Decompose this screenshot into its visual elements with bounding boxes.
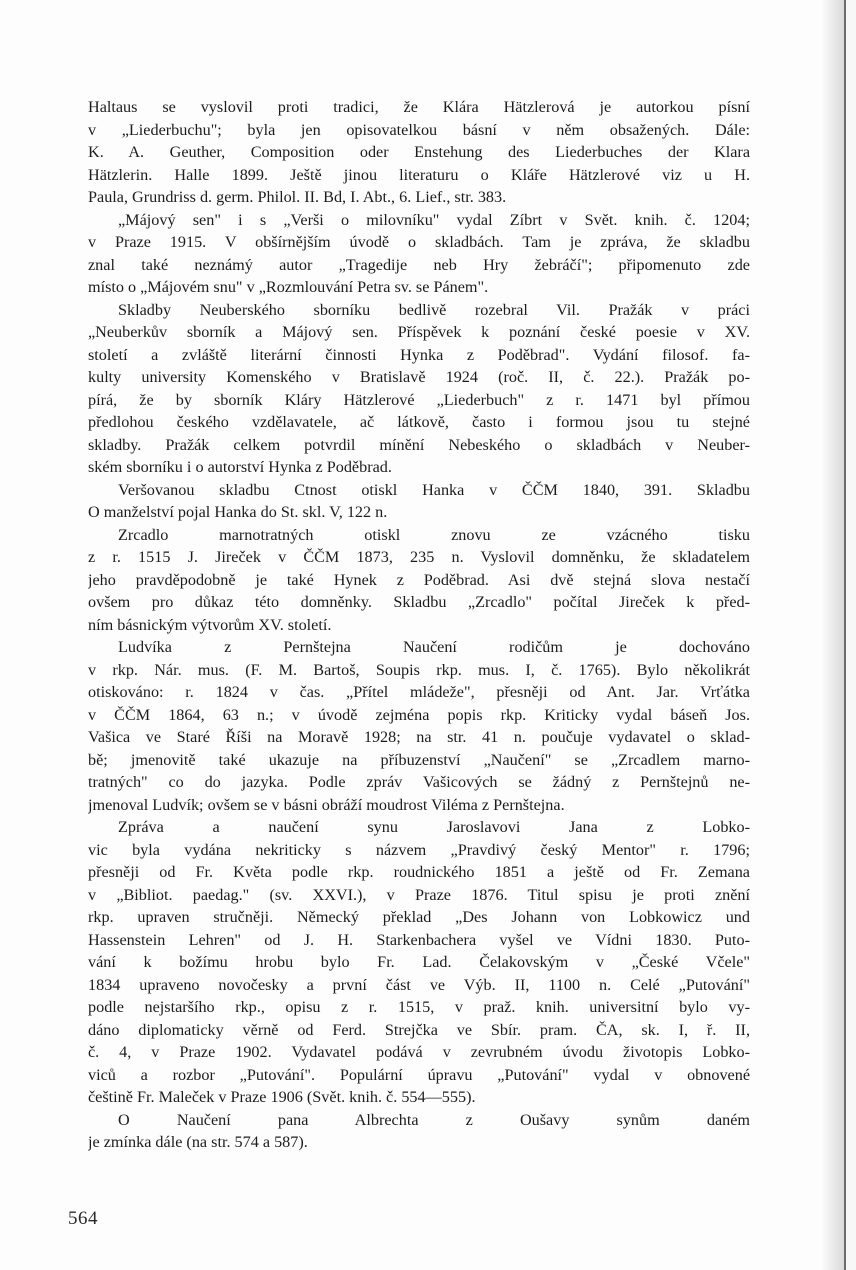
text-line: přesněji od Fr. Květa podle rkp. roudnic… [88, 861, 750, 884]
paragraph: Haltaus se vyslovil proti tradici, že Kl… [88, 96, 750, 209]
text-line: bě; jmenovitě také ukazuje na příbuzenst… [88, 749, 750, 772]
text-line: Veršovanou skladbu Ctnost otiskl Hanka v… [88, 479, 750, 502]
text-line: skladby. Pražák celkem potvrdil mínění N… [88, 434, 750, 457]
book-page: Haltaus se vyslovil proti tradici, že Kl… [0, 0, 856, 1270]
text-line: Zrcadlo marnotratných otiskl znovu ze vz… [88, 524, 750, 547]
text-line: z r. 1515 J. Jireček v ČČM 1873, 235 n. … [88, 546, 750, 569]
text-line: vic byla vydána nekriticky s názvem „Pra… [88, 839, 750, 862]
text-line: v rkp. Nár. mus. (F. M. Bartoš, Soupis r… [88, 659, 750, 682]
text-line: Zpráva a naučení synu Jaroslavovi Jana z… [88, 816, 750, 839]
text-line: znal také neznámý autor „Tragedije neb H… [88, 254, 750, 277]
facing-page-edge [846, 0, 856, 1270]
paragraph: Zrcadlo marnotratných otiskl znovu ze vz… [88, 524, 750, 637]
text-line: „Neuberkův sborník a Májový sen. Příspěv… [88, 321, 750, 344]
text-line: předlohou českého vzdělavatele, ač látko… [88, 411, 750, 434]
text-line: v „Bibliot. paedag." (sv. XXVI.), v Praz… [88, 884, 750, 907]
text-line: 1834 upraveno novočesky a první část ve … [88, 974, 750, 997]
text-line: místo o „Májovém snu" v „Rozmlouvání Pet… [88, 276, 750, 299]
text-line: Hätzlerin. Halle 1899. Ještě jinou liter… [88, 164, 750, 187]
text-line: Hassenstein Lehren" od J. H. Starkenbach… [88, 929, 750, 952]
text-line: češtině Fr. Maleček v Praze 1906 (Svět. … [88, 1086, 750, 1109]
text-line: ním básnickým výtvorům XV. století. [88, 614, 750, 637]
text-line: Skladby Neuberského sborníku bedlivě roz… [88, 299, 750, 322]
paragraph: Zpráva a naučení synu Jaroslavovi Jana z… [88, 816, 750, 1109]
text-line: „Májový sen" i s „Verši o milovníku" vyd… [88, 209, 750, 232]
text-line: Haltaus se vyslovil proti tradici, že Kl… [88, 96, 750, 119]
page-gutter-shadow [822, 0, 856, 1270]
text-line: O Naučení pana Albrechta z Oušavy synům … [88, 1109, 750, 1132]
paragraph: Ludvíka z Pernštejna Naučení rodičům je … [88, 636, 750, 816]
text-line: Vašica ve Staré Říši na Moravě 1928; na … [88, 726, 750, 749]
text-line: viců a rozbor „Putování". Populární úpra… [88, 1064, 750, 1087]
text-line: tratných" co do jazyka. Podle zpráv Vaši… [88, 771, 750, 794]
text-line: v „Liederbuchu"; byla jen opisovatelkou … [88, 119, 750, 142]
text-line: č. 4, v Praze 1902. Vydavatel podává v z… [88, 1041, 750, 1064]
text-line: jmenoval Ludvík; ovšem se v básni obráží… [88, 794, 750, 817]
text-line: ovšem pro důkaz této domněnky. Skladbu „… [88, 591, 750, 614]
text-line: K. A. Geuther, Composition oder Enstehun… [88, 141, 750, 164]
text-line: pírá, že by sborník Kláry Hätzlerové „Li… [88, 389, 750, 412]
text-line: Ludvíka z Pernštejna Naučení rodičům je … [88, 636, 750, 659]
text-line: otiskováno: r. 1824 v čas. „Přítel mláde… [88, 681, 750, 704]
paragraph: Veršovanou skladbu Ctnost otiskl Hanka v… [88, 479, 750, 524]
body-text: Haltaus se vyslovil proti tradici, že Kl… [88, 96, 750, 1154]
text-line: kulty university Komenského v Bratislavě… [88, 366, 750, 389]
text-line: rkp. upraven stručněji. Německý překlad … [88, 906, 750, 929]
text-line: v Praze 1915. V obšírnějším úvodě o skla… [88, 231, 750, 254]
text-line: dáno diplomaticky věrně od Ferd. Strejčk… [88, 1019, 750, 1042]
text-line: podle nejstaršího rkp., opisu z r. 1515,… [88, 996, 750, 1019]
text-line: O manželství pojal Hanka do St. skl. V, … [88, 501, 750, 524]
text-line: století a zvláště literární činnosti Hyn… [88, 344, 750, 367]
text-line: vání k božímu hrobu bylo Fr. Lad. Čelako… [88, 951, 750, 974]
paragraph: Skladby Neuberského sborníku bedlivě roz… [88, 299, 750, 479]
paragraph: O Naučení pana Albrechta z Oušavy synům … [88, 1109, 750, 1154]
text-line: je zmínka dále (na str. 574 a 587). [88, 1131, 750, 1154]
paragraph: „Májový sen" i s „Verši o milovníku" vyd… [88, 209, 750, 299]
text-line: ském sborníku i o autorství Hynka z Podě… [88, 456, 750, 479]
text-line: v ČČM 1864, 63 n.; v úvodě zejména popis… [88, 704, 750, 727]
text-line: jeho pravděpodobně je také Hynek z Poděb… [88, 569, 750, 592]
text-line: Paula, Grundriss d. germ. Philol. II. Bd… [88, 186, 750, 209]
page-number: 564 [68, 1208, 98, 1230]
